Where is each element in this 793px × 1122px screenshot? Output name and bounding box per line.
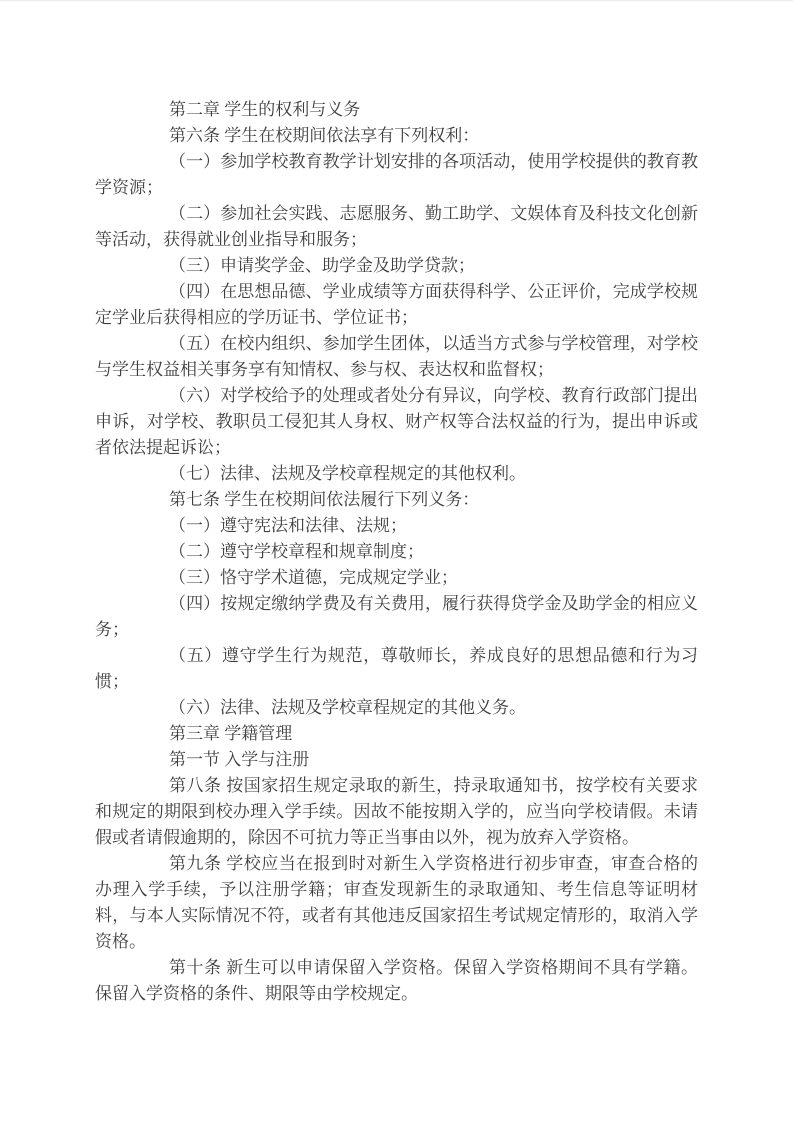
chapter-heading-2: 第二章 学生的权利与义务 bbox=[95, 97, 698, 123]
article-7-item-6: （六）法律、法规及学校章程规定的其他义务。 bbox=[95, 695, 698, 721]
article-6-item-5: （五）在校内组织、参加学生团体，以适当方式参与学校管理，对学校与学生权益相关事务… bbox=[95, 331, 698, 383]
article-7-item-1: （一）遵守宪法和法律、法规； bbox=[95, 513, 698, 539]
article-6-item-1: （一）参加学校教育教学计划安排的各项活动，使用学校提供的教育教学资源； bbox=[95, 149, 698, 201]
article-6-item-3: （三）申请奖学金、助学金及助学贷款； bbox=[95, 253, 698, 279]
document-page: 第二章 学生的权利与义务 第六条 学生在校期间依法享有下列权利： （一）参加学校… bbox=[0, 0, 793, 1122]
article-7-item-4: （四）按规定缴纳学费及有关费用，履行获得贷学金及助学金的相应义务； bbox=[95, 591, 698, 643]
article-7-item-5: （五）遵守学生行为规范，尊敬师长，养成良好的思想品德和行为习惯； bbox=[95, 643, 698, 695]
chapter-heading-3: 第三章 学籍管理 bbox=[95, 721, 698, 747]
article-7-intro: 第七条 学生在校期间依法履行下列义务： bbox=[95, 487, 698, 513]
article-7-item-3: （三）恪守学术道德，完成规定学业； bbox=[95, 565, 698, 591]
article-6-item-4: （四）在思想品德、学业成绩等方面获得科学、公正评价，完成学校规定学业后获得相应的… bbox=[95, 279, 698, 331]
section-heading-1: 第一节 入学与注册 bbox=[95, 747, 698, 773]
article-6-item-6: （六）对学校给予的处理或者处分有异议，向学校、教育行政部门提出申诉，对学校、教职… bbox=[95, 383, 698, 461]
article-10: 第十条 新生可以申请保留入学资格。保留入学资格期间不具有学籍。保留入学资格的条件… bbox=[95, 955, 698, 1007]
article-6-item-7: （七）法律、法规及学校章程规定的其他权利。 bbox=[95, 461, 698, 487]
article-7-item-2: （二）遵守学校章程和规章制度； bbox=[95, 539, 698, 565]
article-6-intro: 第六条 学生在校期间依法享有下列权利： bbox=[95, 123, 698, 149]
document-body: 第二章 学生的权利与义务 第六条 学生在校期间依法享有下列权利： （一）参加学校… bbox=[95, 97, 698, 1007]
article-6-item-2: （二）参加社会实践、志愿服务、勤工助学、文娱体育及科技文化创新等活动，获得就业创… bbox=[95, 201, 698, 253]
article-9: 第九条 学校应当在报到时对新生入学资格进行初步审查，审查合格的办理入学手续，予以… bbox=[95, 851, 698, 955]
article-8: 第八条 按国家招生规定录取的新生，持录取通知书，按学校有关要求和规定的期限到校办… bbox=[95, 773, 698, 851]
